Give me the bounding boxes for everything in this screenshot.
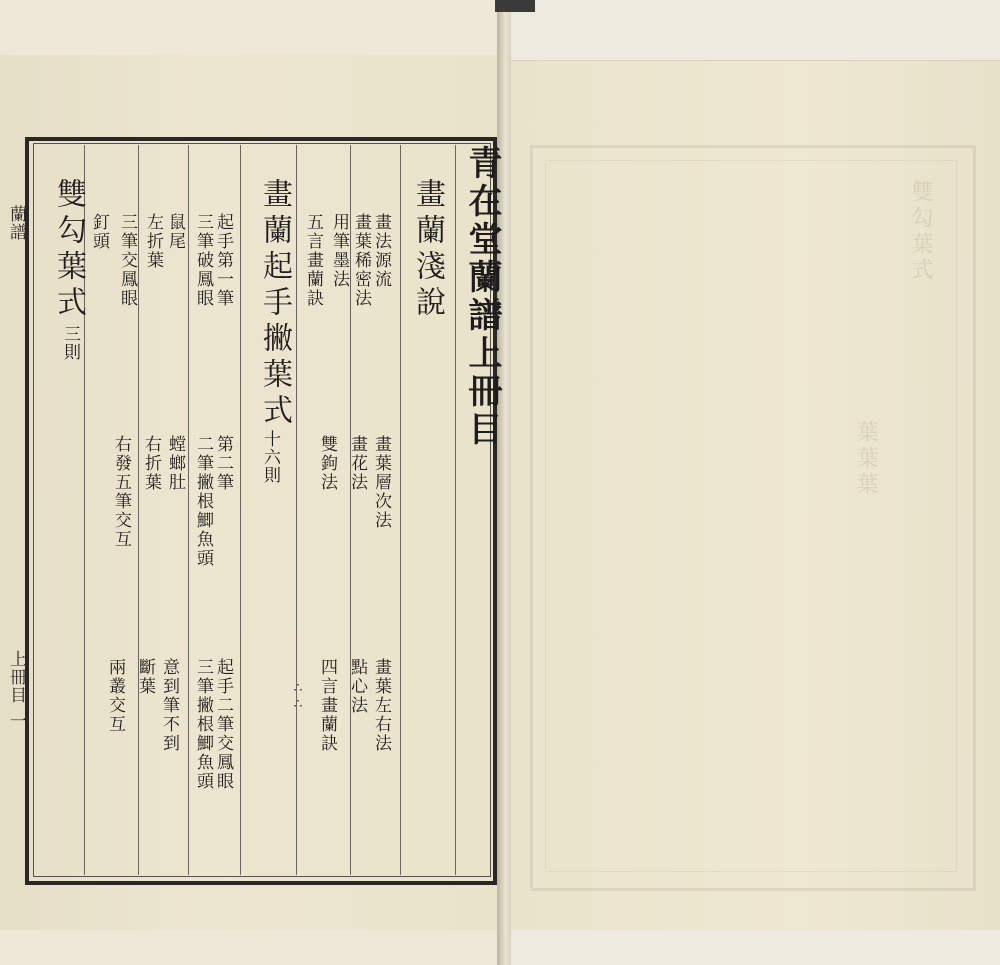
column-rule [296, 145, 297, 875]
toc-entry: 起手二筆交鳳眼 [214, 658, 231, 791]
toc-entry: 意到筆不到 [160, 658, 177, 753]
toc-entry: 螳螂肚 [166, 435, 183, 492]
show-through-text: 雙勾葉式 [905, 180, 936, 380]
toc-entry: 畫葉左右法 [372, 658, 389, 753]
section-heading: 雙勾葉式 [46, 178, 90, 322]
toc-entry: 用筆墨法 [330, 213, 347, 289]
left-page-bottom-margin [0, 930, 500, 965]
margin-volume-label: 上冊目 [4, 650, 29, 704]
toc-entry: 三筆交鳳眼 [118, 213, 135, 308]
toc-entry: 鼠尾 [166, 213, 183, 251]
column-rule [138, 145, 139, 875]
show-through-inner-frame [545, 160, 957, 872]
column-rule [188, 145, 189, 875]
toc-entry: 五言畫蘭訣 [304, 213, 321, 308]
book-spread-scan: 雙勾葉式 葉葉葉 青在堂蘭譜上冊目 畫蘭淺說 畫法源流 畫葉層次法 畫葉左右法 … [0, 0, 1000, 965]
page-number: 一 [4, 712, 29, 730]
toc-entry: 畫法源流 [372, 213, 389, 289]
scan-edge [495, 0, 535, 12]
continuation-mark: ∴∴ [290, 680, 306, 712]
toc-entry: 兩叢交互 [106, 658, 123, 734]
toc-entry: 右發五筆交互 [112, 435, 129, 549]
column-rule [400, 145, 401, 875]
toc-entry: 二筆撇根鯽魚頭 [194, 435, 211, 568]
toc-title: 青在堂蘭譜上冊目 [458, 145, 507, 449]
toc-entry: 畫花法 [348, 435, 365, 492]
section-heading: 畫蘭起手撇葉式 [252, 178, 296, 430]
toc-entry: 四言畫蘭訣 [318, 658, 335, 753]
section-count: 十六則 [258, 430, 283, 484]
section-heading: 畫蘭淺說 [405, 178, 449, 322]
toc-entry: 右折葉 [142, 435, 159, 492]
right-page-bottom-margin [510, 930, 1000, 965]
column-rule [455, 145, 456, 875]
toc-entry: 畫葉層次法 [372, 435, 389, 530]
toc-entry: 第二筆 [214, 435, 231, 492]
toc-entry: 三筆破鳳眼 [194, 213, 211, 308]
section-count: 三則 [58, 325, 83, 361]
toc-entry: 畫葉稀密法 [352, 213, 369, 308]
show-through-text: 葉葉葉 [850, 420, 881, 620]
toc-entry: 斷葉 [136, 658, 153, 696]
left-page-top-margin [0, 0, 500, 55]
toc-entry: 釘頭 [90, 213, 107, 251]
right-page-top-margin [510, 0, 1000, 61]
toc-entry: 起手第一筆 [214, 213, 231, 308]
toc-entry: 三筆撇根鯽魚頭 [194, 658, 211, 791]
toc-entry: 左折葉 [144, 213, 161, 270]
toc-entry: 雙鉤法 [318, 435, 335, 492]
toc-entry: 點心法 [348, 658, 365, 715]
column-rule [240, 145, 241, 875]
margin-title: 蘭譜 [4, 205, 29, 241]
